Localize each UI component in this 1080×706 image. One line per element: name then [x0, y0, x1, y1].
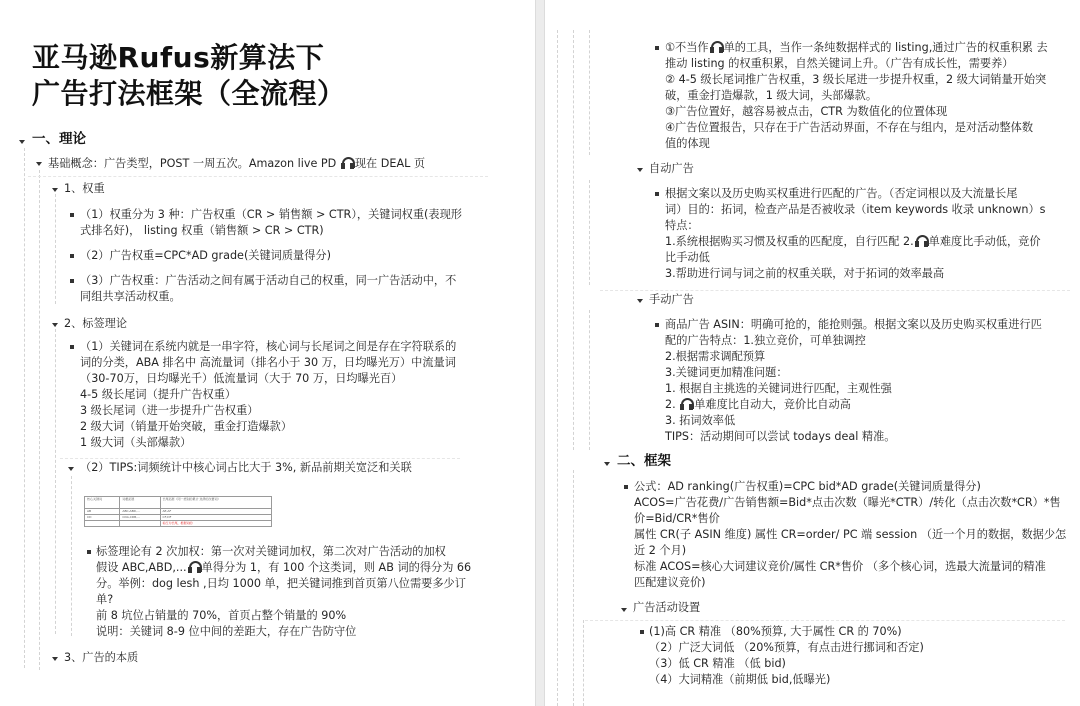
weight-heading: 1、权重 [64, 181, 105, 197]
section-heading-framework: 二、框架 [617, 453, 671, 469]
title-line-2: 广告打法框架（全流程） [32, 76, 346, 112]
collapse-caret[interactable] [52, 323, 58, 327]
bullet [624, 485, 628, 489]
title-line-1: 亚马逊Rufus新算法下 [32, 40, 346, 76]
auto-ads-line-a: 1.系统根据购买习惯及权重的匹配度，自行匹配 2. [665, 235, 914, 248]
bullet [70, 254, 74, 258]
auto-ads-heading: 自动广告 [649, 161, 694, 177]
weighting-line-2a: 假设 ABC,ABD,... [96, 561, 187, 574]
table-cell: 核心关键词 [85, 497, 120, 509]
tag-theory-heading: 2、标签理论 [64, 316, 127, 332]
manual-ads-text-top: 商品广告 ASIN：明确可抢的，能抢则强。根据文案以及历史购买权重进行匹 配的广… [665, 318, 1042, 395]
outline-guide [589, 180, 590, 285]
table-cell: 词根拓展 [120, 497, 160, 509]
headphone-icon [915, 235, 928, 247]
collapse-caret[interactable] [52, 188, 58, 192]
collapse-caret[interactable] [68, 467, 74, 471]
formula-text: 公式：AD ranking(广告权重)=CPC bid*AD grade(关键词… [634, 479, 1066, 591]
keyword-table-image: 核心关键词 词根拓展 长尾拓展（同一类别的累计 选择的次要词） AB ABC,A… [84, 496, 272, 527]
outline-guide [583, 620, 584, 706]
manual-ads-line-b: 单难度比自动大，竞价比自动高 [694, 398, 851, 411]
table-cell: 长尾拓展（同一类别的累计 选择的次要词） [160, 497, 272, 509]
headphone-icon [710, 41, 723, 53]
headphone-icon [341, 157, 354, 169]
headphone-icon [680, 398, 693, 410]
table-cell [120, 521, 160, 527]
manual-ads-text: 商品广告 ASIN：明确可抢的，能抢则强。根据文案以及历史购买权重进行匹 配的广… [665, 317, 1042, 445]
bullet [640, 630, 644, 634]
outline-guide [71, 476, 72, 636]
outline-guide [573, 30, 574, 450]
outline-guide [24, 148, 25, 668]
outline-guide [39, 170, 40, 670]
page-gutter [535, 0, 545, 706]
weighting-rest: 分。举例：dog lesh ,日均 1000 单，把关键词推到首页第八位需要多少… [96, 577, 466, 638]
basic-concepts: 基础概念：广告类型，POST 一周五次。Amazon live PD 现在 DE… [48, 156, 425, 172]
bullet [655, 323, 659, 327]
collapse-caret[interactable] [52, 657, 58, 661]
document-title: 亚马逊Rufus新算法下 广告打法框架（全流程） [32, 40, 346, 112]
separator [28, 176, 488, 177]
essence-rest: 推动 listing 的权重积累，自然关键词上升。（广告有成长性，需要养） ② … [665, 57, 1046, 150]
separator [600, 290, 1070, 291]
document-page-right: ①不当作单的工具，当作一条纯数据样式的 listing,通过广告的权重积累 去 … [545, 0, 1080, 706]
essence-line-1a: ①不当作 [665, 41, 709, 54]
outline-guide [589, 310, 590, 450]
bullet [70, 279, 74, 283]
headphone-icon [188, 561, 201, 573]
outline-guide [589, 30, 590, 155]
weight-item-2: （2）广告权重=CPC*AD grade(关键词质量得分) [80, 248, 331, 264]
collapse-caret[interactable] [604, 462, 610, 466]
bullet [70, 213, 74, 217]
weighting-line-2b: 单得分为 1，有 100 个这类词，则 AB 词的得分为 66 [202, 561, 472, 574]
weighting-line-1: 标签理论有 2 次加权：第一次对关键词加权，第二次对广告活动的加权 [96, 545, 446, 558]
bullet [87, 550, 91, 554]
auto-ads-text: 根据文案以及历史购买权重进行匹配的广告。（否定词根以及大流量长尾 词）目的：拓词… [665, 186, 1045, 282]
tag-weighting-text: 标签理论有 2 次加权：第一次对关键词加权，第二次对广告活动的加权 假设 ABC… [96, 544, 471, 640]
campaign-setup-text: (1)高 CR 精准 （80%预算, 大于属性 CR 的 70%) （2）广泛大… [649, 624, 924, 688]
weight-item-3: （3）广告权重：广告活动之间有属于活动自己的权重，同一广告活动中，不 同组共享活… [80, 273, 456, 305]
ad-essence-heading: 3、广告的本质 [64, 650, 138, 666]
outline-guide [55, 194, 56, 304]
collapse-caret[interactable] [637, 168, 643, 172]
auto-ads-text-bottom: 比手动低 3.帮助进行词与词之前的权重关联，对于拓词的效率最高 [665, 251, 944, 280]
weight-item-1: （1）权重分为 3 种：广告权重（CR > 销售额 > CTR），关键词权重(表… [80, 207, 462, 239]
auto-ads-line-b: 单难度比手动低，竞价 [929, 235, 1041, 248]
manual-ads-line-a: 2. [665, 398, 679, 411]
collapse-caret[interactable] [621, 608, 627, 612]
collapse-caret[interactable] [36, 162, 42, 166]
bullet [70, 345, 74, 349]
collapse-caret[interactable] [19, 140, 25, 144]
auto-ads-text-top: 根据文案以及历史购买权重进行匹配的广告。（否定词根以及大流量长尾 词）目的：拓词… [665, 187, 1045, 232]
bullet [655, 46, 659, 50]
outline-guide [55, 324, 56, 634]
tag-theory-tips: （2）TIPS:词频统计中核心词占比大于 3%, 新品前期关宽泛和关联 [80, 460, 412, 476]
separator [585, 620, 1065, 621]
bullet [655, 192, 659, 196]
basic-concepts-text-2: 现在 DEAL 页 [355, 157, 425, 170]
essence-line-1b: 单的工具，当作一条纯数据样式的 listing,通过广告的权重积累 去 [724, 41, 1048, 54]
outline-guide [573, 470, 574, 706]
table-cell: 标红为长尾，根据词的 [160, 521, 272, 527]
document-page-left: 亚马逊Rufus新算法下 广告打法框架（全流程） 一、理论 基础概念：广告类型，… [0, 0, 535, 706]
campaign-setup-heading: 广告活动设置 [633, 600, 700, 616]
section-heading-theory: 一、理论 [32, 131, 86, 147]
table-cell [85, 521, 120, 527]
manual-ads-heading: 手动广告 [649, 292, 694, 308]
separator [60, 458, 460, 459]
basic-concepts-text: 基础概念：广告类型，POST 一周五次。Amazon live PD [48, 157, 340, 170]
collapse-caret[interactable] [637, 299, 643, 303]
manual-ads-text-bottom: 3. 拓词效率低 TIPS：活动期间可以尝试 todays deal 精准。 [665, 414, 896, 443]
ad-essence-points: ①不当作单的工具，当作一条纯数据样式的 listing,通过广告的权重积累 去 … [665, 40, 1048, 152]
tag-theory-item-1: （1）关键词在系统内就是一串字符，核心词与长尾词之间是存在字符联系的 词的分类，… [80, 339, 456, 451]
outline-guide [557, 30, 558, 706]
